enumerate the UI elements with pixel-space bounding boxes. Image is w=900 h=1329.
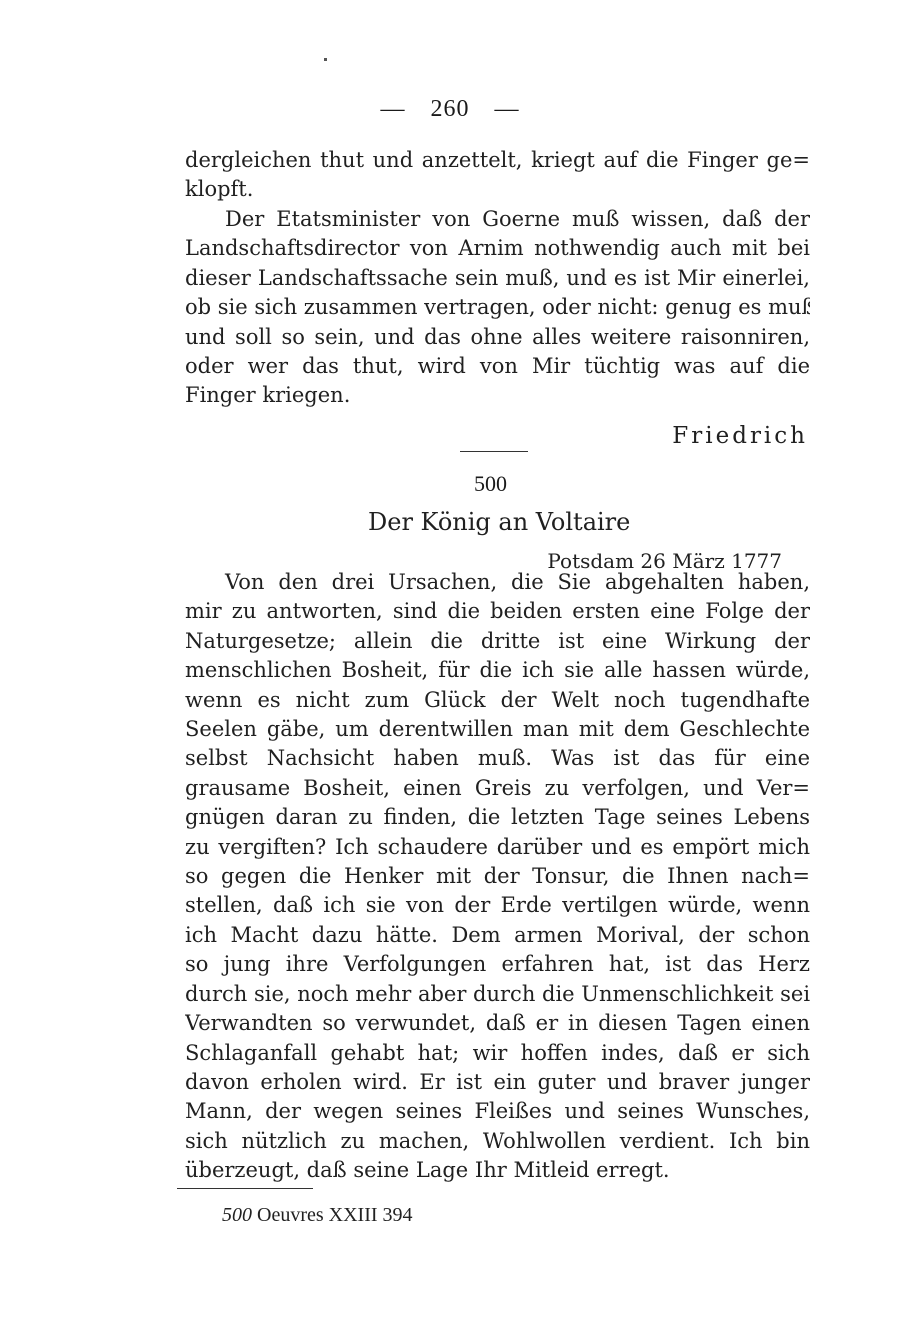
text-line: menschlichen Bosheit, für die ich sie al… xyxy=(185,656,810,685)
text-line: dergleichen thut und anzettelt, kriegt a… xyxy=(185,146,810,175)
text-line: Schlaganfall gehabt hat; wir hoffen inde… xyxy=(185,1039,810,1068)
text-line: durch sie, noch mehr aber durch die Unme… xyxy=(185,980,810,1009)
page-header: — 260 — xyxy=(0,96,900,123)
text-line: so jung ihre Verfolgungen erfahren hat, … xyxy=(185,950,810,979)
text-line: Verwandten so verwundet, daß er in diese… xyxy=(185,1009,810,1038)
letter-number: 500 xyxy=(474,471,507,497)
text-line: Mann, der wegen seines Fleißes und seine… xyxy=(185,1097,810,1126)
text-line: wenn es nicht zum Glück der Welt noch tu… xyxy=(185,686,810,715)
text-line: zu vergiften? Ich schaudere darüber und … xyxy=(185,833,810,862)
text-line: Naturgesetze; allein die dritte ist eine… xyxy=(185,627,810,656)
text-line: so gegen die Henker mit der Tonsur, die … xyxy=(185,862,810,891)
text-line: davon erholen wird. Er ist ein guter und… xyxy=(185,1068,810,1097)
text-line: oder wer das thut, wird von Mir tüchtig … xyxy=(185,352,810,381)
text-line: und soll so sein, und das ohne alles wei… xyxy=(185,323,810,352)
text-line: selbst Nachsicht haben muß. Was ist das … xyxy=(185,744,810,773)
header-dash-left: — xyxy=(381,96,406,123)
footnote-rule xyxy=(177,1188,313,1189)
text-line: klopft. xyxy=(185,175,810,204)
text-line: Finger kriegen. xyxy=(185,381,810,410)
section-separator xyxy=(460,451,528,452)
page-number: 260 xyxy=(431,96,470,122)
previous-letter-paragraph: Der Etatsminister von Goerne muß wissen,… xyxy=(185,205,810,411)
letter-body: Von den drei Ursachen, die Sie abgehalte… xyxy=(185,568,810,1186)
text-line: ob sie sich zusammen vertragen, oder nic… xyxy=(185,293,810,322)
text-line: grausame Bosheit, einen Greis zu verfolg… xyxy=(185,774,810,803)
text-line: ich Macht dazu hätte. Dem armen Morival,… xyxy=(185,921,810,950)
scan-speck xyxy=(324,58,327,61)
text-line: Landschaftsdirector von Arnim nothwendig… xyxy=(185,234,810,263)
text-line: dieser Landschaftssache sein muß, und es… xyxy=(185,264,810,293)
previous-letter-continuation: dergleichen thut und anzettelt, kriegt a… xyxy=(185,146,810,205)
text-line: Von den drei Ursachen, die Sie abgehalte… xyxy=(185,568,810,597)
text-line: Seelen gäbe, um derentwillen man mit dem… xyxy=(185,715,810,744)
header-dash-right: — xyxy=(495,96,520,123)
footnote: 500 Oeuvres XXIII 394 xyxy=(222,1204,413,1227)
text-line: mir zu antworten, sind die beiden ersten… xyxy=(185,597,810,626)
text-line: gnügen daran zu finden, die letzten Tage… xyxy=(185,803,810,832)
letter-title: Der König an Voltaire xyxy=(368,508,630,536)
footnote-text: Oeuvres XXIII 394 xyxy=(257,1204,413,1226)
text-line: Der Etatsminister von Goerne muß wissen,… xyxy=(185,205,810,234)
footnote-number: 500 xyxy=(222,1204,252,1226)
text-line: stellen, daß ich sie von der Erde vertil… xyxy=(185,891,810,920)
signature: Friedrich xyxy=(672,423,808,449)
text-line: sich nützlich zu machen, Wohlwollen verd… xyxy=(185,1127,810,1156)
text-line: überzeugt, daß seine Lage Ihr Mitleid er… xyxy=(185,1156,810,1185)
